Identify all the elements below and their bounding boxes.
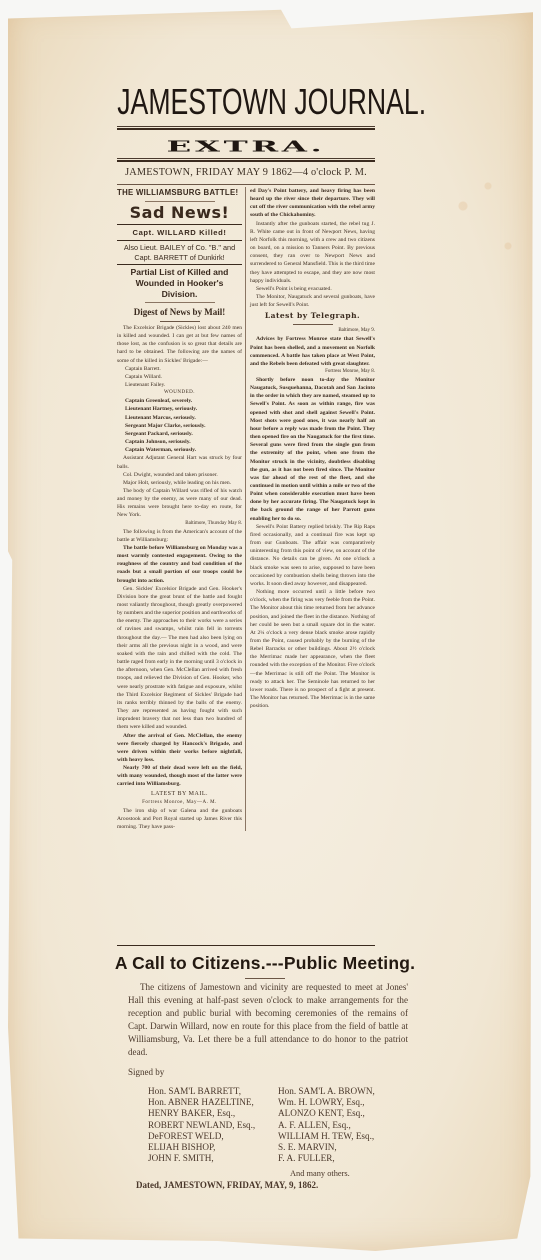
wounded-item: Captain Waterman, seriously. bbox=[117, 446, 242, 454]
killed-item: Captain Barrett. bbox=[117, 365, 242, 373]
signer: JOHN F. SMITH, bbox=[148, 1153, 278, 1164]
right-column: ed Day's Point battery, and heavy firing… bbox=[246, 187, 375, 831]
paragraph-monitor-left: The Monitor, Naugatuck and several gunbo… bbox=[250, 293, 375, 309]
wounded-item: Lieutenant Marcus, seriously. bbox=[117, 414, 242, 422]
wounded-list: Captain Greenleaf, severely. Lieutenant … bbox=[117, 397, 242, 454]
section-rule bbox=[117, 945, 375, 946]
dateline: JAMESTOWN, FRIDAY MAY 9 1862—4 o'clock P… bbox=[117, 164, 375, 182]
divider bbox=[117, 224, 242, 225]
signers-list: Hon. SAM'L BARRETT, Hon. ABNER HAZELTINE… bbox=[100, 1086, 430, 1164]
paragraph-battle-3: After the arrival of Gen. McClellan, the… bbox=[117, 732, 242, 765]
and-many-others: And many others. bbox=[100, 1168, 430, 1179]
meeting-paragraph: The citizens of Jamestown and vicinity a… bbox=[128, 981, 408, 1059]
signer: WILLIAM H. TEW, Esq., bbox=[278, 1131, 428, 1142]
divider bbox=[245, 978, 285, 979]
paragraph-continued: ed Day's Point battery, and heavy firing… bbox=[250, 187, 375, 220]
wounded-label: WOUNDED. bbox=[117, 389, 242, 397]
wounded-item: Sergeant Major Clarke, seriously. bbox=[117, 422, 242, 430]
headline-bailey-barrett: Also Lieut. BAILEY of Co. "B." and Capt.… bbox=[117, 243, 242, 262]
paragraph-nothing-more: Nothing more occurred until a little bef… bbox=[250, 588, 375, 710]
divider bbox=[117, 240, 242, 241]
public-meeting-notice: A Call to Citizens.---Public Meeting. Th… bbox=[100, 950, 430, 1191]
signer: Hon. SAM'L BARRETT, bbox=[148, 1086, 278, 1097]
killed-list: Captain Barrett. Captain Willard. Lieute… bbox=[117, 365, 242, 389]
signer: ROBERT NEWLAND, Esq., bbox=[148, 1120, 278, 1131]
paragraph-holt: Major Holt, seriously, while leading on … bbox=[117, 479, 242, 487]
masthead-title: JAMESTOWN JOURNAL. bbox=[117, 80, 375, 124]
paragraph-body: The body of Captain Willard was rifled o… bbox=[117, 487, 242, 520]
paragraph-tug: Instantly after the gunboats started, th… bbox=[250, 220, 375, 285]
paragraph-battle-1: The battle before Williamsburg on Monday… bbox=[117, 544, 242, 585]
headline-partial-list: Partial List of Killed and Wounded in Ho… bbox=[117, 267, 242, 300]
divider bbox=[160, 321, 200, 322]
divider bbox=[145, 302, 215, 303]
article-columns: THE WILLIAMSBURG BATTLE! Sad News! Capt.… bbox=[117, 187, 375, 831]
signer: A. F. ALLEN, Esq., bbox=[278, 1120, 428, 1131]
meeting-body: The citizens of Jamestown and vicinity a… bbox=[100, 981, 430, 1059]
paragraph-battery: Sewell's Point Battery replied briskly. … bbox=[250, 523, 375, 588]
divider bbox=[117, 264, 242, 265]
baltimore-dateline: Baltimore, Thursday May 8. bbox=[117, 520, 242, 528]
headline-battle: THE WILLIAMSBURG BATTLE! bbox=[117, 187, 242, 199]
signer: Hon. ABNER HAZELTINE, bbox=[148, 1097, 278, 1108]
signer: F. A. FULLER, bbox=[278, 1153, 428, 1164]
killed-item: Lieutenant Failey. bbox=[117, 381, 242, 389]
paragraph-galena: The iron ship of war Galena and the gunb… bbox=[117, 807, 242, 831]
paragraph-advices: Advices by Fortress Monroe state that Se… bbox=[250, 335, 375, 368]
wounded-item: Sergeant Packard, seriously. bbox=[117, 430, 242, 438]
killed-item: Captain Willard. bbox=[117, 373, 242, 381]
paragraph-intro: The Excelsior Brigade (Sickles) lost abo… bbox=[117, 324, 242, 365]
extra-rule bbox=[117, 158, 375, 162]
headline-digest: Digest of News by Mail! bbox=[117, 305, 242, 319]
dated-line: Dated, JAMESTOWN, FRIDAY, MAY, 9, 1862. bbox=[100, 1179, 430, 1191]
paragraph-shortly: Shortly before noon to-day the Monitor N… bbox=[250, 376, 375, 523]
paragraph-dwight: Col. Dwight, wounded and taken prisoner. bbox=[117, 471, 242, 479]
headline-sad-news: Sad News! bbox=[117, 204, 242, 222]
fortress-dateline: Fortress Monroe, May 8. bbox=[250, 368, 375, 376]
headline-latest-mail: LATEST BY MAIL. bbox=[117, 789, 242, 799]
meeting-title: A Call to Citizens.---Public Meeting. bbox=[100, 950, 430, 976]
headline-telegraph: Latest by Telegraph. bbox=[250, 309, 375, 322]
paragraph-hart: Assistant Adjutant General Hart was stru… bbox=[117, 454, 242, 470]
signers-right-column: Hon. SAM'L A. BROWN, Wm. H. LOWRY, Esq.,… bbox=[278, 1086, 428, 1164]
left-column: THE WILLIAMSBURG BATTLE! Sad News! Capt.… bbox=[117, 187, 246, 831]
masthead-rule bbox=[117, 126, 375, 130]
fortress-dateline: Fortress Monroe, May—A. M. bbox=[117, 799, 242, 807]
signer: ELIJAH BISHOP, bbox=[148, 1142, 278, 1153]
wounded-item: Captain Greenleaf, severely. bbox=[117, 397, 242, 405]
signer: Hon. SAM'L A. BROWN, bbox=[278, 1086, 428, 1097]
paragraph-battle-2: Gen. Sickles' Excelsior Brigade and Gen.… bbox=[117, 585, 242, 732]
divider bbox=[145, 201, 215, 202]
baltimore-dateline: Baltimore, May 9. bbox=[250, 327, 375, 335]
wounded-item: Lieutenant Hartney, seriously. bbox=[117, 405, 242, 413]
signer: DeFOREST WELD, bbox=[148, 1131, 278, 1142]
dateline-rule bbox=[117, 184, 375, 185]
signer: ALONZO KENT, Esq., bbox=[278, 1108, 428, 1119]
signed-by-label: Signed by bbox=[100, 1066, 430, 1079]
signer: Wm. H. LOWRY, Esq., bbox=[278, 1097, 428, 1108]
signer: S. E. MARVIN, bbox=[278, 1142, 428, 1153]
wounded-item: Captain Johnson, seriously. bbox=[117, 438, 242, 446]
divider bbox=[293, 324, 333, 325]
paragraph-battle-4: Nearly 700 of their dead were left on th… bbox=[117, 764, 242, 788]
paragraph-american: The following is from the American's acc… bbox=[117, 528, 242, 544]
newspaper-front: JAMESTOWN JOURNAL. EXTRA. JAMESTOWN, FRI… bbox=[117, 80, 375, 831]
extra-banner: EXTRA. bbox=[91, 139, 401, 156]
signer: HENRY BAKER, Esq., bbox=[148, 1108, 278, 1119]
signers-left-column: Hon. SAM'L BARRETT, Hon. ABNER HAZELTINE… bbox=[148, 1086, 278, 1164]
paragraph-sewell-evacuated: Sewell's Point is being evacuated. bbox=[250, 285, 375, 293]
headline-willard-killed: Capt. WILLARD Killed! bbox=[117, 227, 242, 238]
